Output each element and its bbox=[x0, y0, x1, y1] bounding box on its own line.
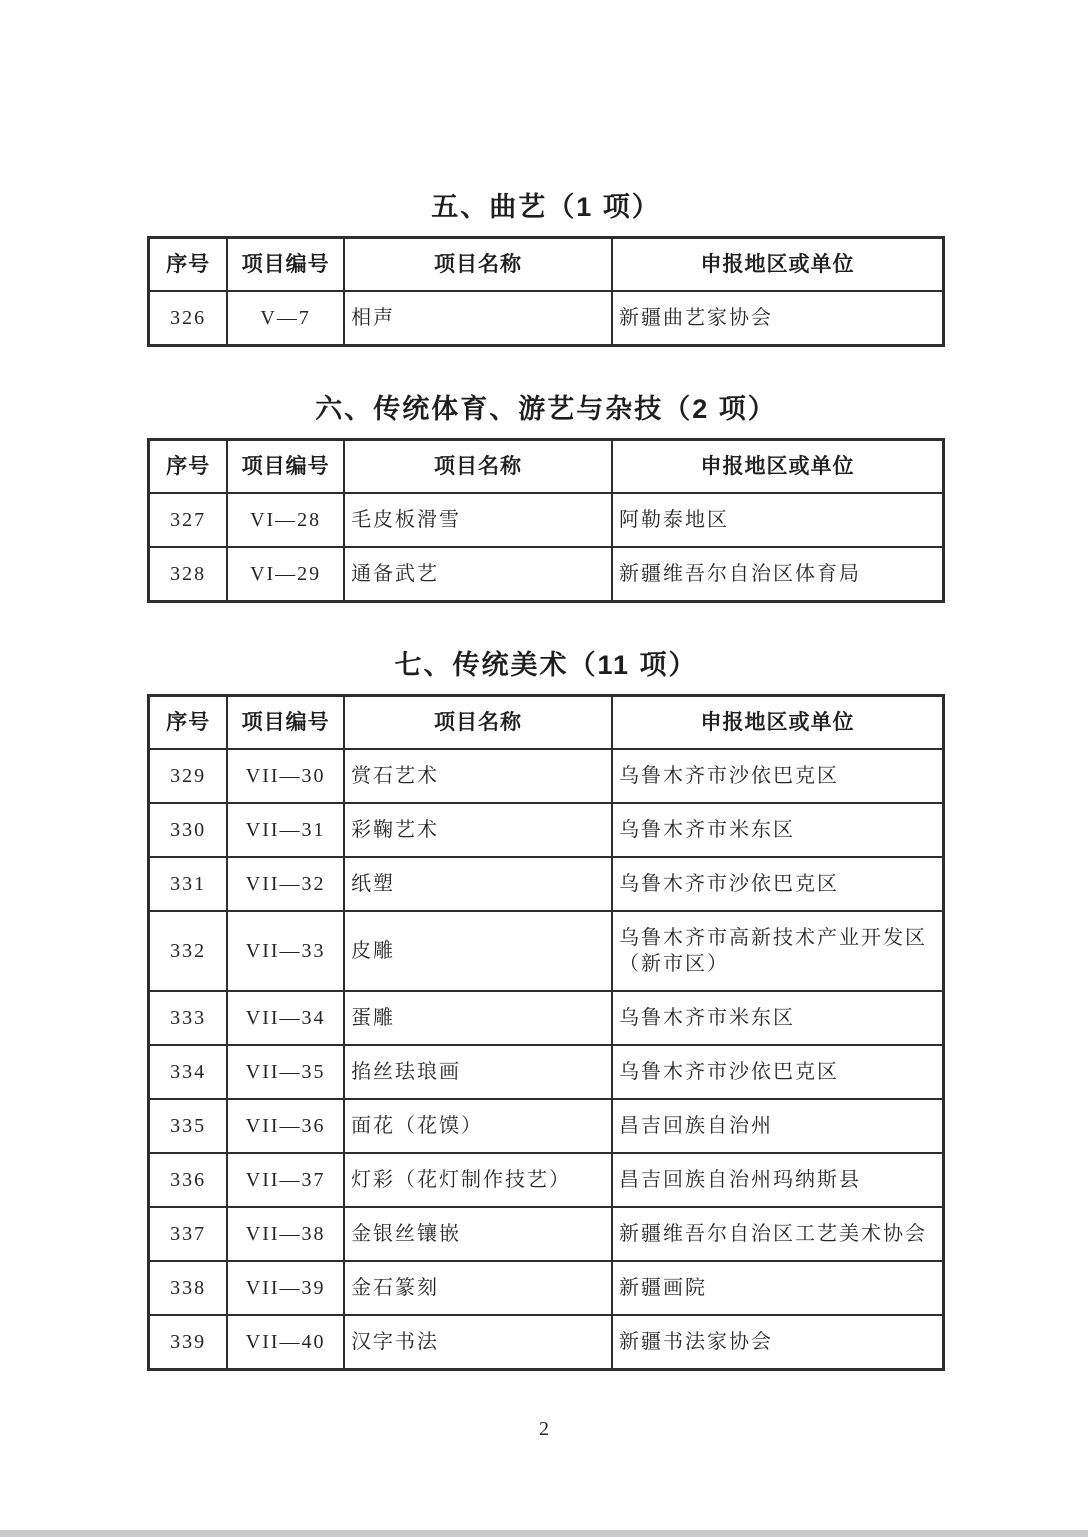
cell-applicant-region: 新疆维吾尔自治区工艺美术协会 bbox=[612, 1207, 944, 1261]
cell-project-code: VII—32 bbox=[227, 857, 344, 911]
table-row: 337 VII—38 金银丝镶嵌 新疆维吾尔自治区工艺美术协会 bbox=[149, 1207, 944, 1261]
table-row: 329 VII—30 赏石艺术 乌鲁木齐市沙依巴克区 bbox=[149, 749, 944, 803]
cell-applicant-region: 乌鲁木齐市高新技术产业开发区（新市区） bbox=[612, 911, 944, 991]
cell-applicant-region: 乌鲁木齐市沙依巴克区 bbox=[612, 857, 944, 911]
cell-project-code: VI—29 bbox=[227, 547, 344, 602]
section-title: 六、传统体育、游艺与杂技（2 项） bbox=[147, 392, 945, 426]
heritage-table: 序号 项目编号 项目名称 申报地区或单位 327 VI—28 毛皮板滑雪 阿勒泰… bbox=[147, 438, 945, 603]
cell-applicant-region: 昌吉回族自治州玛纳斯县 bbox=[612, 1153, 944, 1207]
table-row: 334 VII—35 掐丝珐琅画 乌鲁木齐市沙依巴克区 bbox=[149, 1045, 944, 1099]
cell-serial-number: 329 bbox=[149, 749, 228, 803]
table-row: 333 VII—34 蛋雕 乌鲁木齐市米东区 bbox=[149, 991, 944, 1045]
cell-serial-number: 327 bbox=[149, 493, 228, 547]
cell-serial-number: 334 bbox=[149, 1045, 228, 1099]
header-row: 序号 项目编号 项目名称 申报地区或单位 bbox=[149, 440, 944, 494]
cell-project-name: 赏石艺术 bbox=[344, 749, 612, 803]
heritage-section: 六、传统体育、游艺与杂技（2 项） 序号 项目编号 项目名称 申报地区或单位 3… bbox=[147, 392, 945, 603]
cell-applicant-region: 阿勒泰地区 bbox=[612, 493, 944, 547]
section-title: 五、曲艺（1 项） bbox=[147, 190, 945, 224]
cell-project-name: 灯彩（花灯制作技艺） bbox=[344, 1153, 612, 1207]
cell-project-code: VII—35 bbox=[227, 1045, 344, 1099]
table-row: 339 VII—40 汉字书法 新疆书法家协会 bbox=[149, 1315, 944, 1370]
cell-project-code: VII—33 bbox=[227, 911, 344, 991]
table-row: 331 VII—32 纸塑 乌鲁木齐市沙依巴克区 bbox=[149, 857, 944, 911]
cell-serial-number: 339 bbox=[149, 1315, 228, 1370]
cell-project-name: 纸塑 bbox=[344, 857, 612, 911]
cell-serial-number: 330 bbox=[149, 803, 228, 857]
cell-project-code: VII—34 bbox=[227, 991, 344, 1045]
cell-serial-number: 336 bbox=[149, 1153, 228, 1207]
cell-applicant-region: 新疆书法家协会 bbox=[612, 1315, 944, 1370]
cell-project-code: VII—31 bbox=[227, 803, 344, 857]
cell-project-name: 皮雕 bbox=[344, 911, 612, 991]
page-number: 2 bbox=[0, 1418, 1088, 1441]
cell-serial-number: 337 bbox=[149, 1207, 228, 1261]
column-header: 项目编号 bbox=[227, 440, 344, 494]
cell-serial-number: 335 bbox=[149, 1099, 228, 1153]
cell-serial-number: 333 bbox=[149, 991, 228, 1045]
cell-project-code: VI—28 bbox=[227, 493, 344, 547]
cell-project-code: VII—39 bbox=[227, 1261, 344, 1315]
column-header: 序号 bbox=[149, 440, 228, 494]
table-row: 335 VII—36 面花（花馍） 昌吉回族自治州 bbox=[149, 1099, 944, 1153]
cell-applicant-region: 新疆维吾尔自治区体育局 bbox=[612, 547, 944, 602]
column-header: 序号 bbox=[149, 696, 228, 750]
heritage-table: 序号 项目编号 项目名称 申报地区或单位 329 VII—30 赏石艺术 乌鲁木… bbox=[147, 694, 945, 1371]
cell-project-name: 毛皮板滑雪 bbox=[344, 493, 612, 547]
table-row: 336 VII—37 灯彩（花灯制作技艺） 昌吉回族自治州玛纳斯县 bbox=[149, 1153, 944, 1207]
cell-serial-number: 338 bbox=[149, 1261, 228, 1315]
column-header: 项目名称 bbox=[344, 238, 612, 292]
cell-project-name: 金银丝镶嵌 bbox=[344, 1207, 612, 1261]
cell-serial-number: 332 bbox=[149, 911, 228, 991]
cell-project-name: 相声 bbox=[344, 291, 612, 346]
cell-applicant-region: 昌吉回族自治州 bbox=[612, 1099, 944, 1153]
column-header: 申报地区或单位 bbox=[612, 238, 944, 292]
table-row: 328 VI—29 通备武艺 新疆维吾尔自治区体育局 bbox=[149, 547, 944, 602]
cell-applicant-region: 乌鲁木齐市沙依巴克区 bbox=[612, 1045, 944, 1099]
cell-project-code: VII—37 bbox=[227, 1153, 344, 1207]
cell-project-name: 面花（花馍） bbox=[344, 1099, 612, 1153]
cell-applicant-region: 乌鲁木齐市米东区 bbox=[612, 803, 944, 857]
cell-serial-number: 328 bbox=[149, 547, 228, 602]
cell-applicant-region: 新疆画院 bbox=[612, 1261, 944, 1315]
document-page: 五、曲艺（1 项） 序号 项目编号 项目名称 申报地区或单位 326 V—7 相… bbox=[147, 0, 945, 1371]
cell-applicant-region: 新疆曲艺家协会 bbox=[612, 291, 944, 346]
cell-project-name: 彩鞠艺术 bbox=[344, 803, 612, 857]
cell-project-name: 蛋雕 bbox=[344, 991, 612, 1045]
table-row: 332 VII—33 皮雕 乌鲁木齐市高新技术产业开发区（新市区） bbox=[149, 911, 944, 991]
heritage-section: 七、传统美术（11 项） 序号 项目编号 项目名称 申报地区或单位 329 VI… bbox=[147, 648, 945, 1371]
column-header: 项目编号 bbox=[227, 238, 344, 292]
cell-project-name: 汉字书法 bbox=[344, 1315, 612, 1370]
table-row: 338 VII—39 金石篆刻 新疆画院 bbox=[149, 1261, 944, 1315]
section-title: 七、传统美术（11 项） bbox=[147, 648, 945, 682]
cell-project-code: VII—40 bbox=[227, 1315, 344, 1370]
cell-project-code: VII—36 bbox=[227, 1099, 344, 1153]
cell-project-code: V—7 bbox=[227, 291, 344, 346]
column-header: 项目名称 bbox=[344, 696, 612, 750]
column-header: 申报地区或单位 bbox=[612, 696, 944, 750]
header-row: 序号 项目编号 项目名称 申报地区或单位 bbox=[149, 238, 944, 292]
header-row: 序号 项目编号 项目名称 申报地区或单位 bbox=[149, 696, 944, 750]
cell-project-name: 掐丝珐琅画 bbox=[344, 1045, 612, 1099]
column-header: 申报地区或单位 bbox=[612, 440, 944, 494]
column-header: 项目编号 bbox=[227, 696, 344, 750]
column-header: 项目名称 bbox=[344, 440, 612, 494]
cell-serial-number: 331 bbox=[149, 857, 228, 911]
heritage-section: 五、曲艺（1 项） 序号 项目编号 项目名称 申报地区或单位 326 V—7 相… bbox=[147, 190, 945, 347]
cell-project-name: 金石篆刻 bbox=[344, 1261, 612, 1315]
column-header: 序号 bbox=[149, 238, 228, 292]
cell-project-code: VII—30 bbox=[227, 749, 344, 803]
heritage-table: 序号 项目编号 项目名称 申报地区或单位 326 V—7 相声 新疆曲艺家协会 bbox=[147, 236, 945, 347]
cell-applicant-region: 乌鲁木齐市米东区 bbox=[612, 991, 944, 1045]
cell-applicant-region: 乌鲁木齐市沙依巴克区 bbox=[612, 749, 944, 803]
table-row: 326 V—7 相声 新疆曲艺家协会 bbox=[149, 291, 944, 346]
cell-serial-number: 326 bbox=[149, 291, 228, 346]
table-row: 330 VII—31 彩鞠艺术 乌鲁木齐市米东区 bbox=[149, 803, 944, 857]
cell-project-code: VII—38 bbox=[227, 1207, 344, 1261]
cell-project-name: 通备武艺 bbox=[344, 547, 612, 602]
viewer-bottom-bar bbox=[0, 1530, 1088, 1537]
table-row: 327 VI—28 毛皮板滑雪 阿勒泰地区 bbox=[149, 493, 944, 547]
